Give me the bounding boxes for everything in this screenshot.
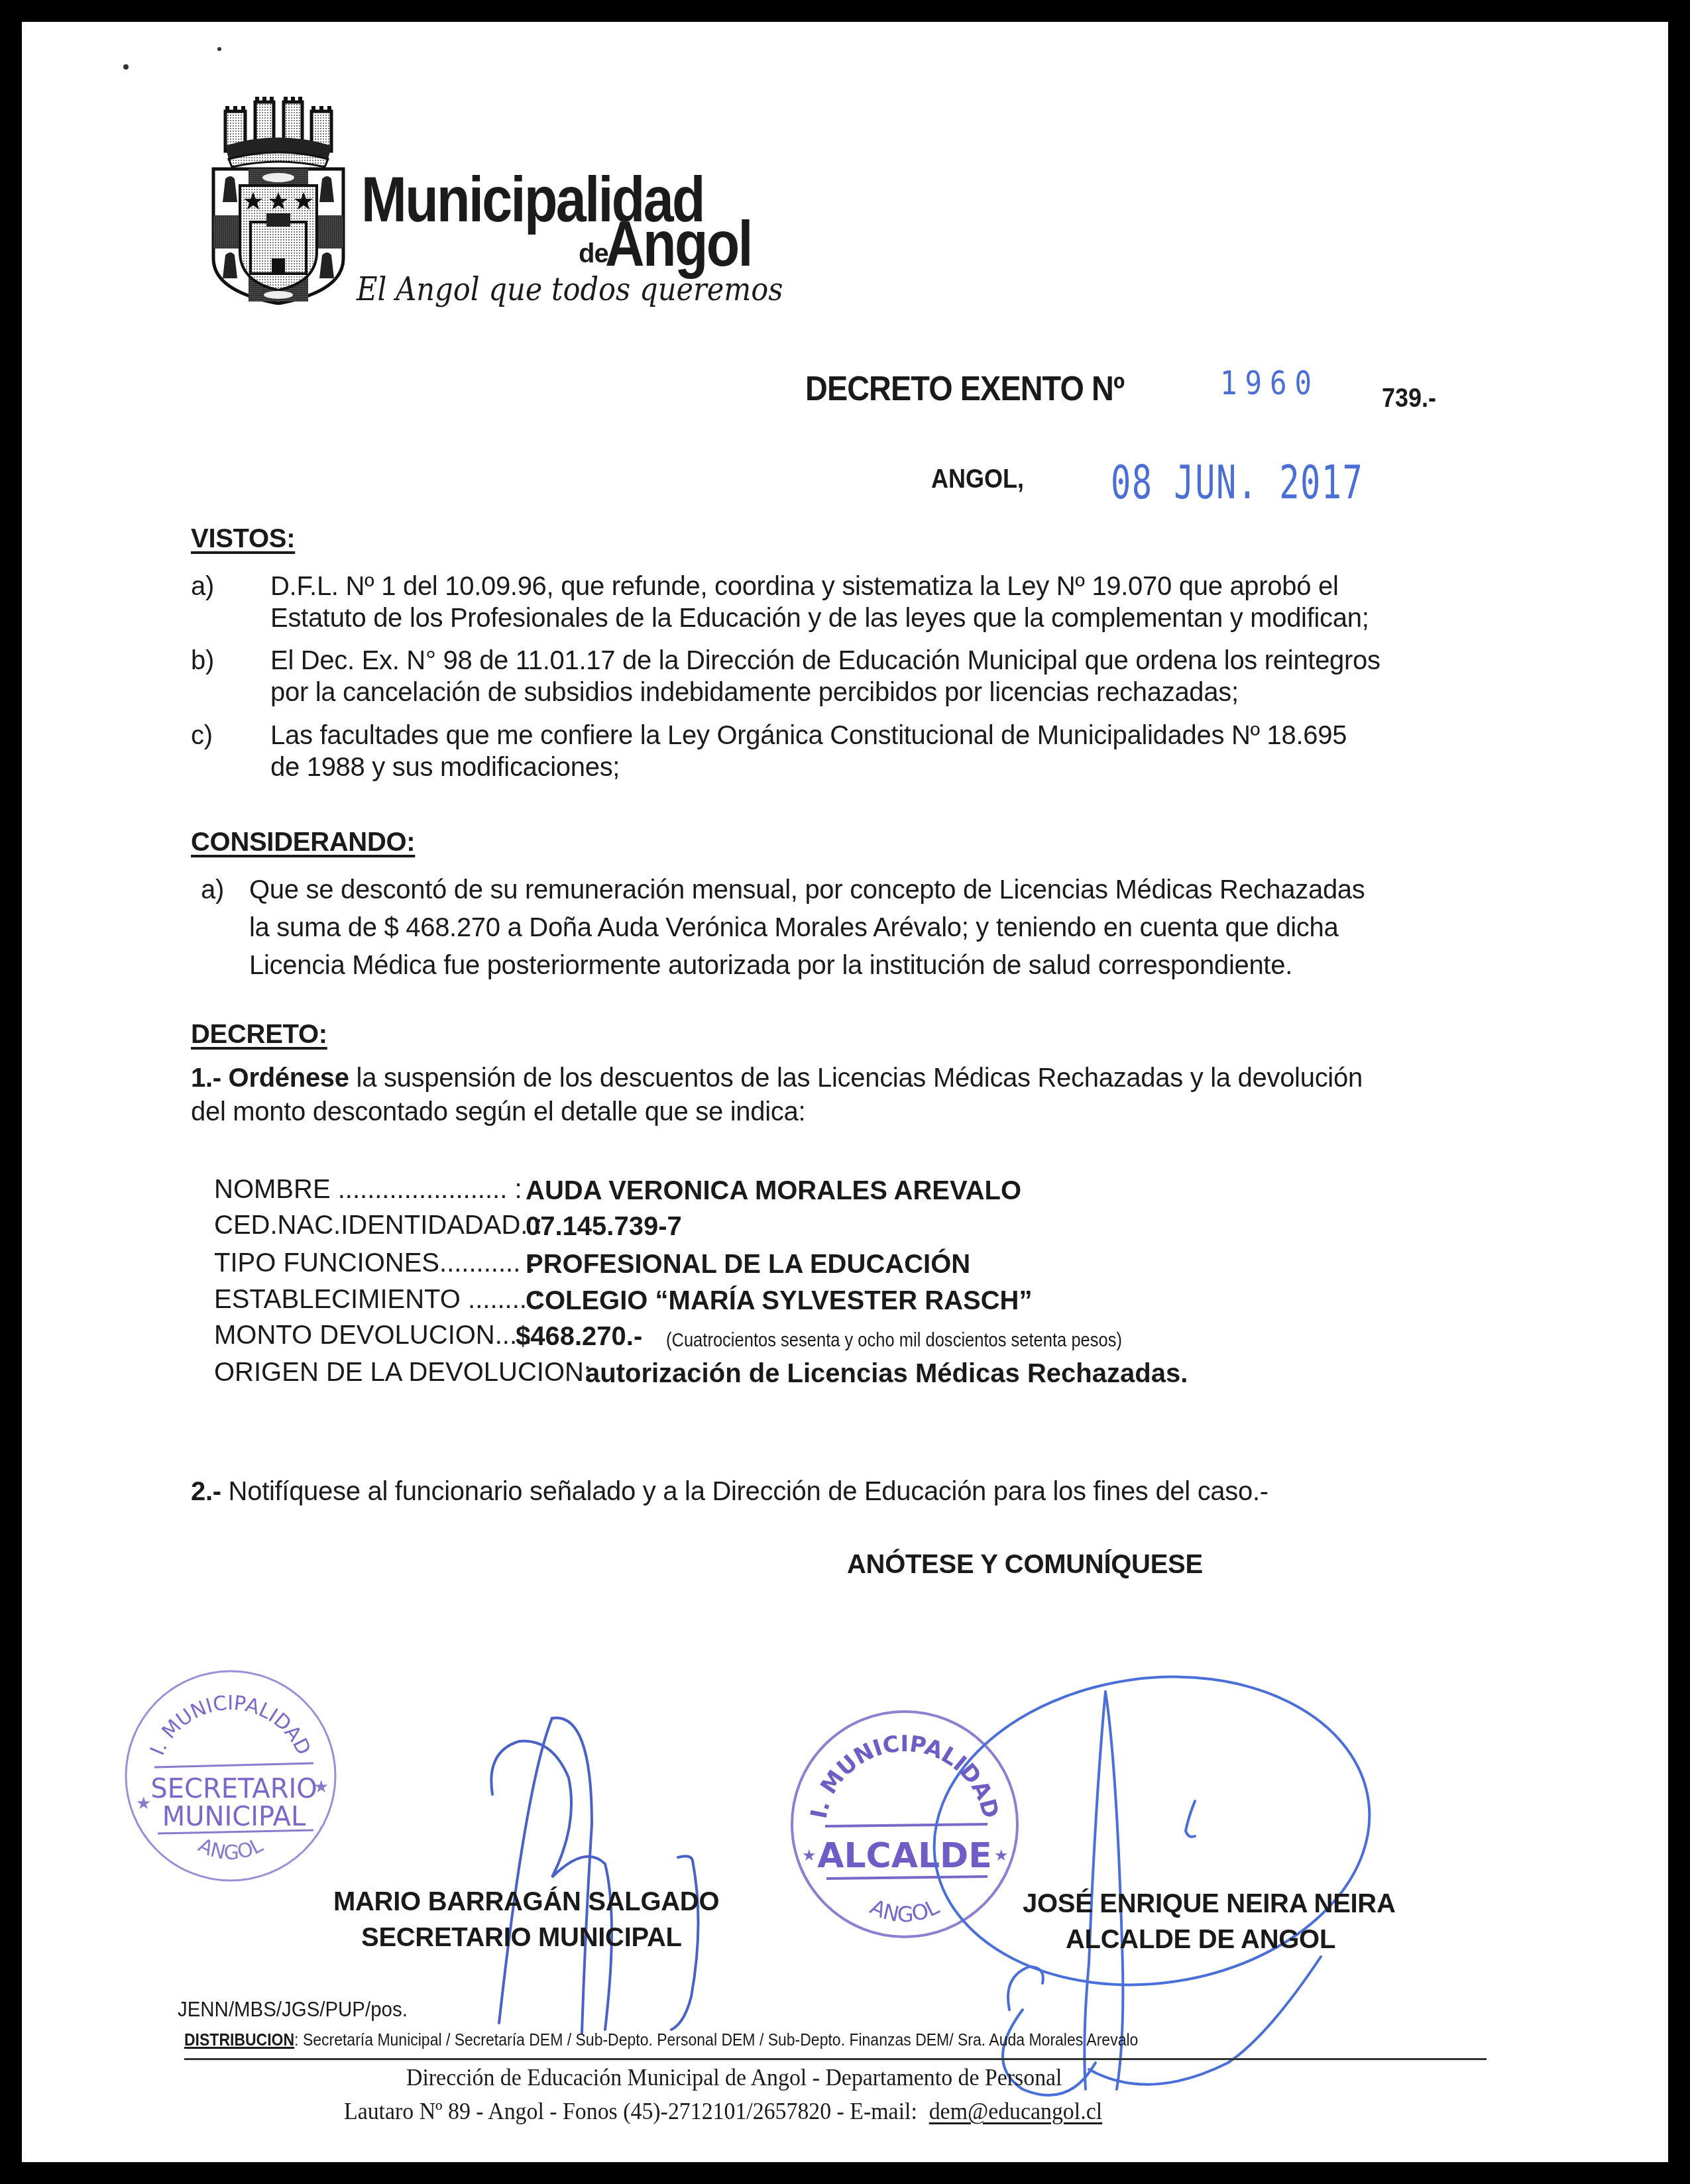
- logo-tagline: El Angol que todos queremos: [357, 274, 783, 305]
- mayor-name: JOSÉ ENRIQUE NEIRA NEIRA: [1023, 1890, 1396, 1917]
- logo-name-line2: Angol: [605, 213, 752, 276]
- vistos-item-text: Las facultades que me confiere la Ley Or…: [270, 722, 1347, 749]
- vistos-item-letter: a): [191, 573, 214, 600]
- closing-formula: ANÓTESE Y COMUNÍQUESE: [847, 1551, 1203, 1578]
- vistos-item-text: D.F.L. Nº 1 del 10.09.96, que refunde, c…: [270, 573, 1339, 600]
- footer-email-link[interactable]: dem@educangol.cl: [929, 2098, 1102, 2124]
- decree-typed-number: 739.-: [1382, 385, 1436, 411]
- considerando-heading: CONSIDERANDO:: [191, 829, 415, 855]
- scan-speck: [123, 64, 129, 70]
- vistos-item-text: Estatuto de los Profesionales de la Educ…: [270, 605, 1369, 631]
- coat-of-arms-icon: [205, 93, 351, 305]
- stamp-center-line2: MUNICIPAL: [162, 1802, 306, 1832]
- initials: JENN/MBS/JGS/PUP/pos.: [178, 1998, 408, 2020]
- footer-org-line: Dirección de Educación Municipal de Ango…: [406, 2065, 1062, 2089]
- considerando-item-text: la suma de $ 468.270 a Doña Auda Verónic…: [249, 914, 1338, 941]
- detail-note: (Cuatrocientos sesenta y ocho mil doscie…: [666, 1330, 1122, 1352]
- considerando-item-text: Licencia Médica fue posteriormente autor…: [249, 952, 1292, 979]
- detail-label: CED.NAC.IDENTIDADAD. :: [214, 1211, 543, 1240]
- distribution-text: : Secretaría Municipal / Secretaría DEM …: [294, 2031, 1138, 2049]
- detail-label: MONTO DEVOLUCION....:: [214, 1321, 532, 1350]
- secretary-title: SECRETARIO MUNICIPAL: [361, 1924, 682, 1951]
- decreto-point2: 2.- Notifíquese al funcionario señalado …: [191, 1478, 1268, 1505]
- detail-value: 07.145.739-7: [526, 1212, 682, 1242]
- point1-number: 1.-: [191, 1064, 221, 1093]
- distribution-line: DISTRIBUCION: Secretaría Municipal / Sec…: [184, 2032, 1138, 2049]
- footer-rule: [184, 2058, 1487, 2060]
- stamp-center-line1: SECRETARIO: [150, 1774, 317, 1804]
- detail-value: PROFESIONAL DE LA EDUCACIÓN: [526, 1250, 970, 1280]
- decree-stamp-number: 1960: [1220, 366, 1320, 400]
- considerando-item-letter: a): [201, 877, 224, 903]
- details-table: NOMBRE ....................... : AUDA VE…: [214, 1175, 1407, 1400]
- secretary-stamp-icon: I. MUNICIPALIDAD SECRETARIO MUNICIPAL ★ …: [121, 1666, 340, 1885]
- decreto-heading: DECRETO:: [191, 1021, 327, 1048]
- footer-address-line: Lautaro Nº 89 - Angol - Fonos (45)-27121…: [344, 2099, 1102, 2123]
- vistos-item-text: de 1988 y sus modificaciones;: [270, 754, 620, 781]
- detail-value: autorización de Licencias Médicas Rechaz…: [585, 1359, 1188, 1389]
- decreto-point1-line1: 1.- Ordénese la suspensión de los descue…: [191, 1065, 1363, 1091]
- detail-label: ORIGEN DE LA DEVOLUCION:: [214, 1358, 591, 1388]
- point1-text: la suspensión de los descuentos de las L…: [357, 1064, 1363, 1093]
- vistos-item-text: por la cancelación de subsidios indebida…: [270, 679, 1239, 706]
- svg-text:ANGOL: ANGOL: [195, 1833, 267, 1865]
- logo-name-de: de: [579, 241, 608, 267]
- mayor-title: ALCALDE DE ANGOL: [1066, 1926, 1335, 1953]
- decree-label: DECRETO EXENTO Nº: [805, 372, 1124, 406]
- detail-value: $468.270.-: [516, 1322, 642, 1352]
- vistos-item-letter: c): [191, 722, 213, 749]
- date-stamp: 08 JUN. 2017: [1111, 459, 1363, 506]
- svg-text:★: ★: [313, 1777, 329, 1797]
- considerando-item-text: Que se descontó de su remuneración mensu…: [249, 877, 1365, 903]
- distribution-label: DISTRIBUCION: [184, 2031, 294, 2049]
- stamp-bottom-text: ANGOL: [195, 1833, 267, 1865]
- point1-bold-word: Ordénese: [229, 1064, 349, 1093]
- detail-value: AUDA VERONICA MORALES AREVALO: [526, 1176, 1021, 1206]
- stamp-top-text: I. MUNICIPALIDAD: [146, 1692, 315, 1759]
- svg-text:I. MUNICIPALIDAD: I. MUNICIPALIDAD: [146, 1692, 315, 1759]
- detail-label: TIPO FUNCIONES........... :: [214, 1248, 535, 1278]
- svg-text:★: ★: [802, 1846, 817, 1865]
- detail-value: COLEGIO “MARÍA SYLVESTER RASCH”: [526, 1286, 1033, 1316]
- document-page: Municipalidad de Angol El Angol que todo…: [22, 22, 1668, 2162]
- svg-text:★: ★: [136, 1794, 151, 1814]
- footer-address: Lautaro Nº 89 - Angol - Fonos (45)-27121…: [344, 2098, 917, 2124]
- detail-label: ESTABLECIMIENTO ........ :: [214, 1285, 541, 1315]
- secretary-signature-icon: [420, 1705, 764, 2036]
- secretary-name: MARIO BARRAGÁN SALGADO: [333, 1888, 719, 1915]
- detail-label: NOMBRE ....................... :: [214, 1175, 522, 1205]
- scan-speck: [217, 47, 221, 51]
- point2-number: 2.-: [191, 1477, 221, 1506]
- place-label: ANGOL,: [931, 466, 1024, 492]
- decreto-point1-line2: del monto descontado según el detalle qu…: [191, 1099, 805, 1125]
- vistos-item-text: El Dec. Ex. N° 98 de 11.01.17 de la Dire…: [270, 647, 1380, 674]
- vistos-item-letter: b): [191, 647, 214, 674]
- vistos-heading: VISTOS:: [191, 525, 295, 552]
- point2-text: Notifíquese al funcionario señalado y a …: [229, 1477, 1268, 1506]
